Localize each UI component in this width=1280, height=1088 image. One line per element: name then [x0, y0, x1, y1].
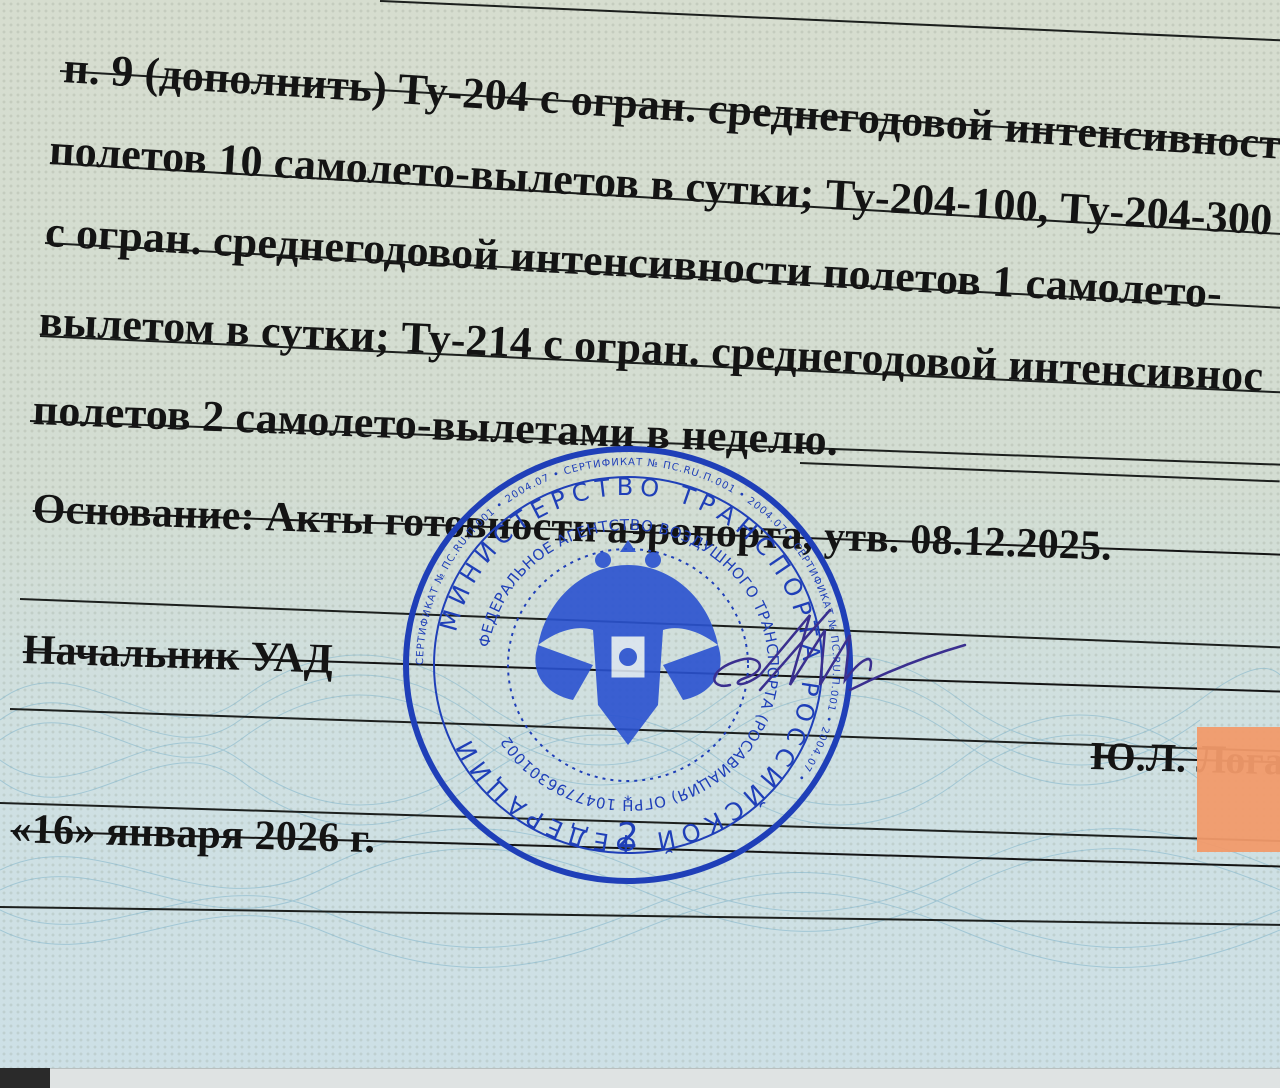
ruled-line: [380, 0, 1280, 42]
orange-tab: [1197, 727, 1280, 852]
stamp-number: 2: [617, 816, 639, 856]
eagle-emblem-icon: [535, 540, 720, 745]
document-page: п. 9 (дополнить) Ту-204 с огран. среднег…: [0, 0, 1280, 1068]
underlying-page-edge: [50, 1068, 1280, 1088]
stamp-star: *: [624, 792, 632, 811]
ruled-line: [800, 462, 1280, 482]
handwritten-signature: [700, 590, 980, 720]
